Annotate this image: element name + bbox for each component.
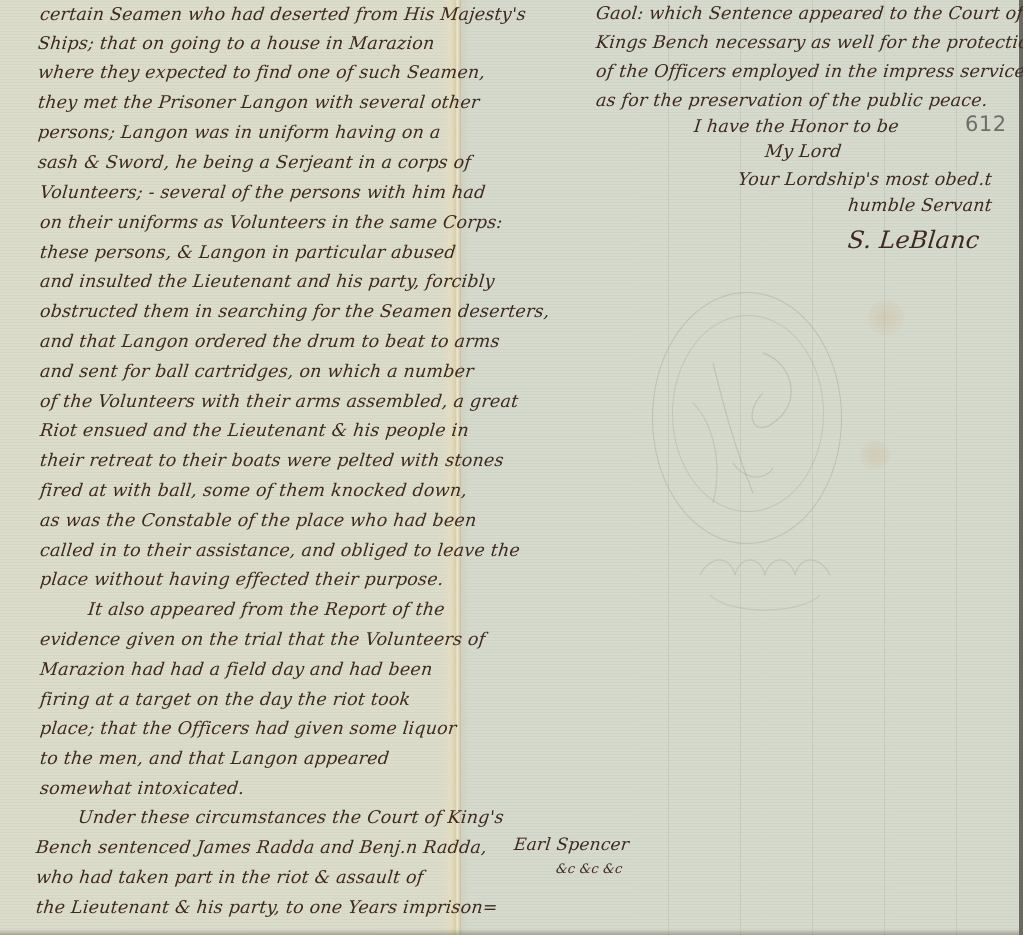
text-line: Riot ensued and the Lieutenant & his peo… xyxy=(39,421,470,441)
addressee-etc: &c &c &c xyxy=(555,862,623,877)
text-line: Bench sentenced James Radda and Benj.n R… xyxy=(35,838,488,858)
text-line: persons; Langon was in uniform having on… xyxy=(37,123,442,143)
text-line: and that Langon ordered the drum to beat… xyxy=(39,332,501,352)
paper-stain xyxy=(868,300,904,336)
closing-line: My Lord xyxy=(764,142,843,162)
text-line: evidence given on the trial that the Vol… xyxy=(39,630,486,650)
paper-chain-line xyxy=(956,0,957,935)
text-line: of the Volunteers with their arms assemb… xyxy=(39,392,519,412)
text-line: these persons, & Langon in particular ab… xyxy=(39,243,457,263)
closing-line: Your Lordship's most obed.t xyxy=(737,170,993,190)
text-line: called in to their assistance, and oblig… xyxy=(39,541,521,561)
text-line: It also appeared from the Report of the xyxy=(87,600,446,620)
text-line: of the Officers employed in the impress … xyxy=(595,62,1023,82)
watermark-crown-icon xyxy=(690,545,850,635)
text-line: where they expected to find one of such … xyxy=(37,63,486,83)
text-line: Gaol: which Sentence appeared to the Cou… xyxy=(595,4,1023,24)
text-line: Ships; that on going to a house in Maraz… xyxy=(37,34,436,54)
text-line: somewhat intoxicated. xyxy=(39,779,245,799)
addressee: Earl Spencer xyxy=(513,835,630,855)
text-line: and sent for ball cartridges, on which a… xyxy=(39,362,475,382)
document-spread: certain Seamen who had deserted from His… xyxy=(0,0,1023,935)
text-line: obstructed them in searching for the Sea… xyxy=(39,302,551,322)
folio-number: 612 xyxy=(965,112,1007,136)
text-line: the Lieutenant & his party, to one Years… xyxy=(35,898,499,918)
text-line: as for the preservation of the public pe… xyxy=(595,91,989,111)
text-line: on their uniforms as Volunteers in the s… xyxy=(39,213,504,233)
text-line: Kings Bench necessary as well for the pr… xyxy=(595,33,1023,53)
text-line: Under these circumstances the Court of K… xyxy=(77,808,505,828)
text-line: Volunteers; - several of the persons wit… xyxy=(39,183,487,203)
text-line: they met the Prisoner Langon with severa… xyxy=(37,93,481,113)
text-line: their retreat to their boats were pelted… xyxy=(39,451,505,471)
text-line: place without having effected their purp… xyxy=(39,570,445,590)
text-line: place; that the Officers had given some … xyxy=(39,719,458,739)
text-line: and insulted the Lieutenant and his part… xyxy=(39,272,496,292)
text-line: Marazion had had a field day and had bee… xyxy=(39,660,434,680)
text-line: sash & Sword, he being a Serjeant in a c… xyxy=(37,153,472,173)
text-line: who had taken part in the riot & assault… xyxy=(35,868,425,888)
text-line: as was the Constable of the place who ha… xyxy=(39,511,478,531)
paper-chain-line xyxy=(884,0,885,935)
text-line: firing at a target on the day the riot t… xyxy=(39,690,411,710)
watermark-inner-ring xyxy=(672,315,824,512)
signature: S. LeBlanc xyxy=(847,226,981,254)
text-line: certain Seamen who had deserted from His… xyxy=(39,5,527,25)
text-line: to the men, and that Langon appeared xyxy=(39,749,390,769)
closing-line: I have the Honor to be xyxy=(693,117,900,137)
closing-line: humble Servant xyxy=(847,196,993,216)
page-bottom-edge xyxy=(0,929,1023,935)
paper-stain xyxy=(860,440,890,470)
text-line: fired at with ball, some of them knocked… xyxy=(39,481,468,501)
